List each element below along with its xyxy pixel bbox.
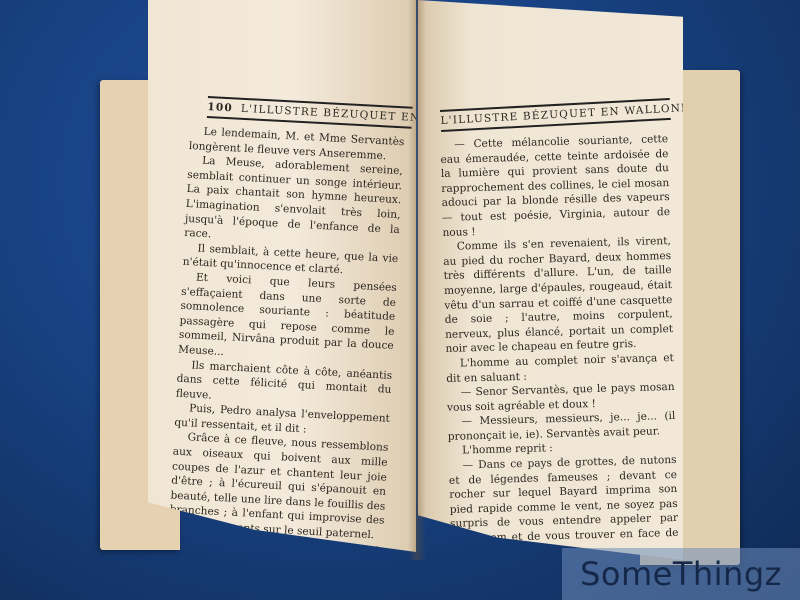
right-running-title: L'illustre Bézuquet en Wallonie [440, 102, 683, 127]
paragraph: Grâce à ce fleuve, nous ressemblons aux … [169, 430, 389, 543]
paragraph: — Dans ce pays de grottes, de nutons et … [448, 453, 679, 560]
paragraph: Et voici que leurs pensées s'effaçaient … [178, 270, 397, 369]
left-running-head: 100 L'illustre Bézuquet en Wallonie [207, 96, 413, 129]
book-gutter [408, 0, 426, 560]
watermark-text: SomeThingz [580, 555, 782, 593]
paragraph: Comme ils s'en revenaient, ils virent, a… [443, 234, 674, 357]
right-page-text: — Cette mélancolie souriante, cette eau … [440, 132, 679, 560]
left-page-text: Le lendemain, M. et Mme Servantès longèr… [166, 124, 405, 552]
left-page: 100 L'illustre Bézuquet en Wallonie Le l… [148, 0, 416, 552]
right-page: L'illustre Bézuquet en Wallonie 101 — Ce… [418, 0, 683, 560]
watermark-logo: SomeThingz [562, 548, 800, 600]
left-page-number: 100 [207, 101, 233, 114]
left-running-title: L'illustre Bézuquet en Wallonie [241, 103, 416, 128]
right-running-head: L'illustre Bézuquet en Wallonie 101 [440, 98, 671, 132]
paragraph: — Cette mélancolie souriante, cette eau … [440, 132, 671, 240]
photo-scene: 100 L'illustre Bézuquet en Wallonie Le l… [0, 0, 800, 600]
paragraph: La Meuse, adorablement sereine, semblait… [184, 153, 403, 252]
paragraph: — Messieurs, messieurs, je... je... (il … [447, 409, 676, 444]
